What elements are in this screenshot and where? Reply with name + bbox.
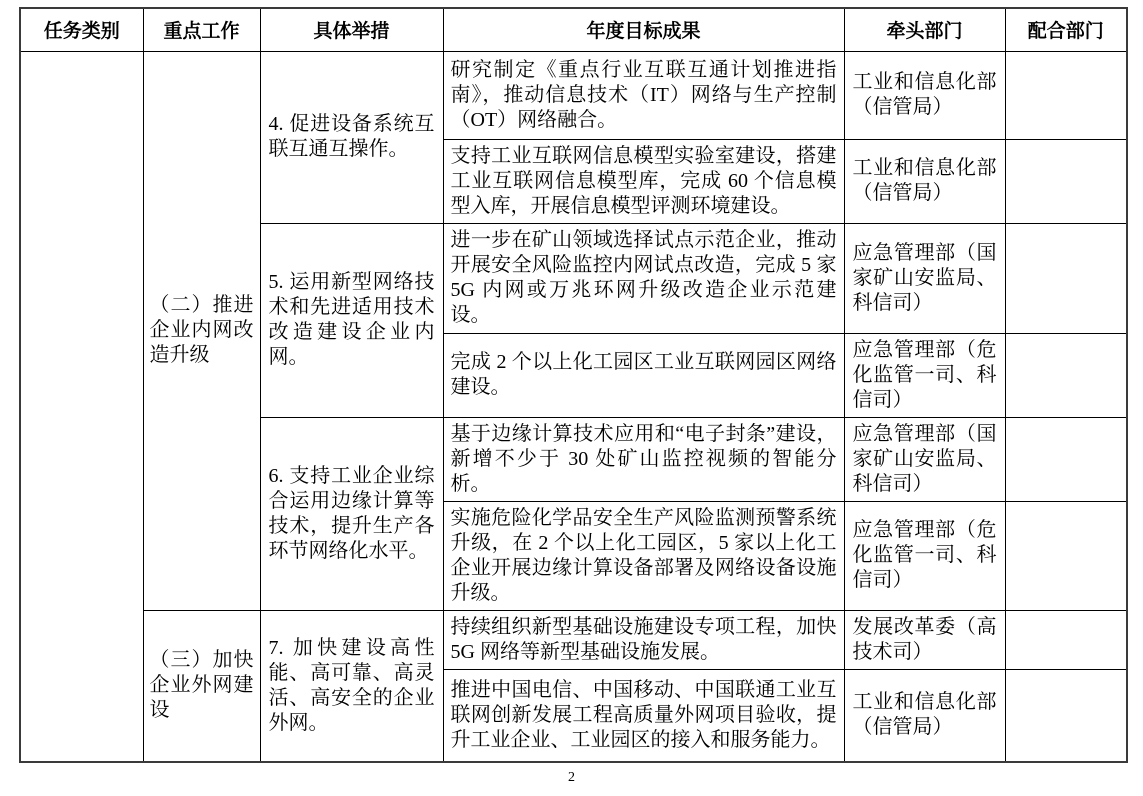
lead-dept-cell: 工业和信息化部（信管局）	[844, 139, 1005, 223]
result-cell: 进一步在矿山领域选择试点示范企业，推动开展安全风险监控内网试点改造，完成 5 家…	[443, 223, 844, 333]
lead-dept-cell: 应急管理部（国家矿山安监局、科信司）	[844, 417, 1005, 501]
lead-dept-cell: 工业和信息化部（信管局）	[844, 51, 1005, 139]
lead-dept-cell: 应急管理部（国家矿山安监局、科信司）	[844, 223, 1005, 333]
result-cell: 研究制定《重点行业互联互通计划推进指南》，推动信息技术（IT）网络与生产控制（O…	[443, 51, 844, 139]
header-specific-measures: 具体举措	[260, 8, 443, 51]
lead-dept-cell: 工业和信息化部（信管局）	[844, 669, 1005, 762]
measure-cell: 5. 运用新型网络技术和先进适用技术改造建设企业内网。	[260, 223, 443, 417]
measure-cell: 6. 支持工业企业综合运用边缘计算等技术，提升生产各环节网络化水平。	[260, 417, 443, 610]
result-cell: 支持工业互联网信息模型实验室建设，搭建工业互联网信息模型库，完成 60 个信息模…	[443, 139, 844, 223]
lead-dept-cell: 应急管理部（危化监管一司、科信司）	[844, 501, 1005, 610]
result-cell: 推进中国电信、中国移动、中国联通工业互联网创新发展工程高质量外网项目验收，提升工…	[443, 669, 844, 762]
table-row: （三）加快企业外网建设 7. 加快建设高性能、高可靠、高灵活、高安全的企业外网。…	[20, 610, 1127, 669]
result-cell: 持续组织新型基础设施建设专项工程，加快 5G 网络等新型基础设施发展。	[443, 610, 844, 669]
header-annual-goals: 年度目标成果	[443, 8, 844, 51]
page-number: 2	[0, 770, 1143, 786]
measure-cell: 4. 促进设备系统互联互通互操作。	[260, 51, 443, 223]
task-table: 任务类别 重点工作 具体举措 年度目标成果 牵头部门 配合部门 （二）推进企业内…	[19, 7, 1128, 763]
task-category-cell	[20, 51, 143, 762]
support-dept-cell	[1005, 501, 1127, 610]
support-dept-cell	[1005, 139, 1127, 223]
support-dept-cell	[1005, 333, 1127, 417]
header-support-department: 配合部门	[1005, 8, 1127, 51]
result-cell: 完成 2 个以上化工园区工业互联网园区网络建设。	[443, 333, 844, 417]
lead-dept-cell: 发展改革委（高技术司）	[844, 610, 1005, 669]
result-cell: 基于边缘计算技术应用和“电子封条”建设，新增不少于 30 处矿山监控视频的智能分…	[443, 417, 844, 501]
support-dept-cell	[1005, 51, 1127, 139]
measure-cell: 7. 加快建设高性能、高可靠、高灵活、高安全的企业外网。	[260, 610, 443, 762]
header-row: 任务类别 重点工作 具体举措 年度目标成果 牵头部门 配合部门	[20, 8, 1127, 51]
table-row: （二）推进企业内网改造升级 4. 促进设备系统互联互通互操作。 研究制定《重点行…	[20, 51, 1127, 139]
lead-dept-cell: 应急管理部（危化监管一司、科信司）	[844, 333, 1005, 417]
document-page: 任务类别 重点工作 具体举措 年度目标成果 牵头部门 配合部门 （二）推进企业内…	[0, 0, 1143, 796]
work-group-cell: （三）加快企业外网建设	[143, 610, 260, 762]
support-dept-cell	[1005, 417, 1127, 501]
result-cell: 实施危险化学品安全生产风险监测预警系统升级，在 2 个以上化工园区，5 家以上化…	[443, 501, 844, 610]
support-dept-cell	[1005, 223, 1127, 333]
work-group-cell: （二）推进企业内网改造升级	[143, 51, 260, 610]
support-dept-cell	[1005, 610, 1127, 669]
header-lead-department: 牵头部门	[844, 8, 1005, 51]
support-dept-cell	[1005, 669, 1127, 762]
header-key-work: 重点工作	[143, 8, 260, 51]
header-task-category: 任务类别	[20, 8, 143, 51]
